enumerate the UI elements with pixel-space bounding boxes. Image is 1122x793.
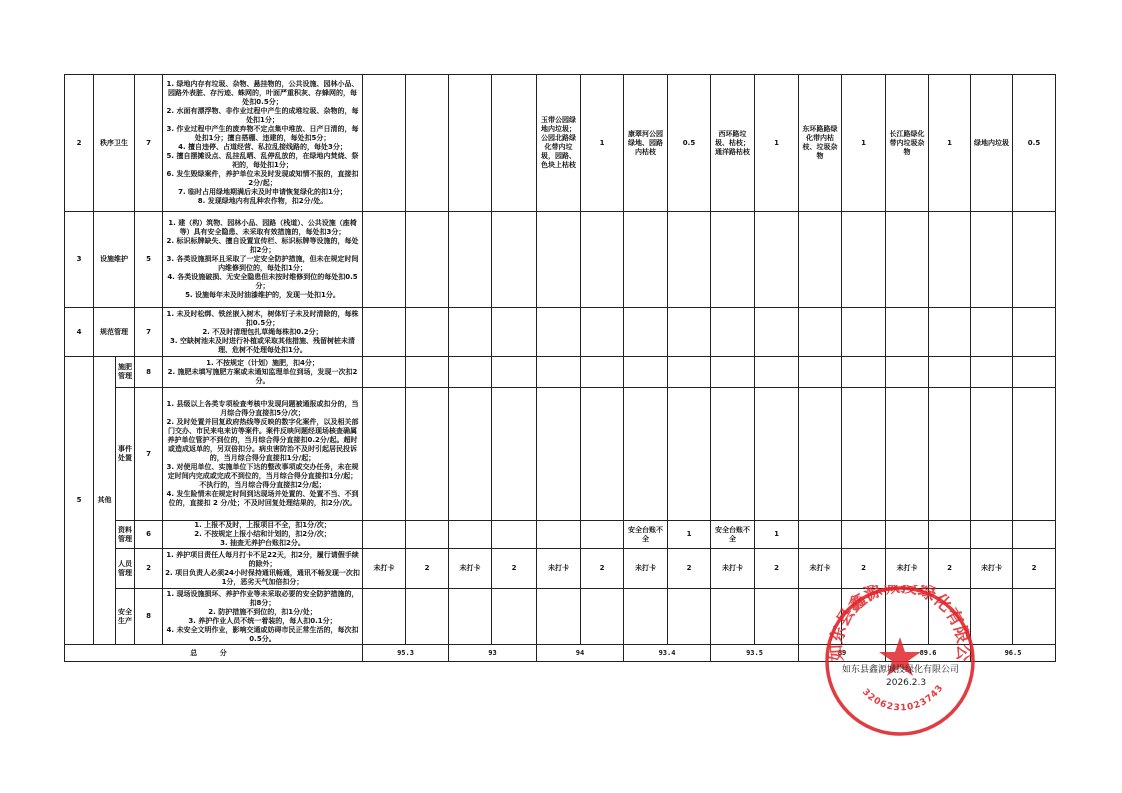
issue-cell: 未打卡 <box>886 549 929 589</box>
issue-cell <box>449 212 492 308</box>
deduction-cell: 0.5 <box>668 75 711 212</box>
total-score: 93.4 <box>624 645 711 662</box>
deduction-cell <box>842 388 886 521</box>
deduction-cell <box>755 212 799 308</box>
issue-cell <box>537 308 581 357</box>
deduction-cell <box>492 521 537 549</box>
criteria-line: 2. 不按规定上报小结和计划的，扣2分/次； <box>165 530 360 539</box>
issue-cell: 西环路垃圾、枯枝；通洋路枯枝 <box>711 75 755 212</box>
sub-item-name: 施肥管理 <box>116 357 135 388</box>
criteria-line: 1. 现场设施损坏、养护作业等未采取必要的安全防护措施的，扣8分； <box>165 590 360 608</box>
deduction-cell <box>581 308 624 357</box>
issue-cell <box>624 308 668 357</box>
deduction-cell: 2 <box>492 549 537 589</box>
issue-cell <box>799 589 842 645</box>
deduction-cell <box>668 308 711 357</box>
item-score: 7 <box>135 308 163 357</box>
deduction-cell <box>581 357 624 388</box>
criteria-text: 1. 未及时松绑、铁丝嵌入树木，树体钉子未及时清除的，每株扣0.5分；2. 不及… <box>163 308 363 357</box>
deduction-cell <box>929 388 971 521</box>
scanned-page: 2秩序卫生71. 绿地内存有垃圾、杂物、悬挂物的，公共设施、园林小品、园路外表脏… <box>0 0 1122 793</box>
issue-cell <box>449 308 492 357</box>
deduction-cell: 1 <box>929 75 971 212</box>
issue-cell: 绿地内垃圾 <box>971 75 1013 212</box>
deduction-cell <box>1013 212 1056 308</box>
criteria-line: 4. 发生险情未在规定时间到达现场并处置的、处置不当、不到位的，直接扣 2 分/… <box>165 490 360 508</box>
issue-cell: 康翠河公园绿地、园路内枯枝 <box>624 75 668 212</box>
issue-cell <box>971 589 1013 645</box>
issue-cell <box>886 388 929 521</box>
criteria-line: 2. 及时处置并回复政府热线等反映的数字化案件，以及相关部门交办、市民来电来访等… <box>165 418 360 463</box>
issue-cell <box>363 388 406 521</box>
deduction-cell <box>1013 589 1056 645</box>
table-row: 资料管理61. 上报不及时，上报项目不全，扣1分/次；2. 不按规定上报小结和计… <box>65 521 1056 549</box>
criteria-text: 1. 不按规定（计划）施肥，扣4分；2. 施肥未填写施肥方案或未通知监理单位到场… <box>163 357 363 388</box>
deduction-cell: 2 <box>406 549 449 589</box>
sub-item-name: 安全生产 <box>116 589 135 645</box>
deduction-cell <box>842 357 886 388</box>
issue-cell <box>886 212 929 308</box>
item-score: 8 <box>135 589 163 645</box>
criteria-line: 2. 标识标牌缺失、擅自设置宣传栏、标识标牌等设施的，每处扣2分； <box>165 237 360 255</box>
deduction-cell <box>1013 521 1056 549</box>
issue-cell <box>799 308 842 357</box>
issue-cell: 长江路绿化带内垃圾杂物 <box>886 75 929 212</box>
criteria-line: 1. 上报不及时，上报项目不全，扣1分/次； <box>165 521 360 530</box>
criteria-line: 3. 养护作业人员不统一着装的，每人扣0.1分； <box>165 617 360 626</box>
deduction-cell <box>406 357 449 388</box>
criteria-line: 1. 建（构）筑物、园林小品、园路（栈道）、公共设施（座椅等）具有安全隐患、未采… <box>165 219 360 237</box>
criteria-line: 4. 各类设施破损、无安全隐患但未按时维修到位的每处扣0.5分； <box>165 273 360 291</box>
issue-cell <box>537 212 581 308</box>
deduction-cell <box>1013 308 1056 357</box>
item-score: 7 <box>135 388 163 521</box>
issue-cell <box>971 308 1013 357</box>
issue-cell: 未打卡 <box>537 549 581 589</box>
deduction-cell: 1 <box>842 75 886 212</box>
issue-cell <box>711 589 755 645</box>
item-score: 7 <box>135 75 163 212</box>
issue-cell: 东环路路绿化带内枯枝、垃圾杂物 <box>799 75 842 212</box>
total-score: 94 <box>537 645 624 662</box>
deduction-cell <box>755 357 799 388</box>
issue-cell <box>363 308 406 357</box>
issue-cell: 未打卡 <box>363 549 406 589</box>
issue-cell: 玉带公园绿地内垃圾；公园北路绿化带内垃圾，园路、色块上枯枝 <box>537 75 581 212</box>
criteria-line: 3. 空缺树池未及时进行补植或采取其他措施、残留树桩未清理、危树不处理每处扣1分… <box>165 337 360 355</box>
issue-cell <box>363 75 406 212</box>
criteria-line: 2. 项目负责人必须24小时保持通讯畅通，通讯不畅发现一次扣1分，恶劣天气加倍扣… <box>165 569 360 587</box>
total-label: 总 分 <box>65 645 363 662</box>
deduction-cell <box>755 308 799 357</box>
issue-cell <box>449 589 492 645</box>
item-name: 规范管理 <box>94 308 135 357</box>
deduction-cell: 2 <box>668 549 711 589</box>
issue-cell <box>624 212 668 308</box>
row-number: 5 <box>65 357 94 645</box>
deduction-cell: 1 <box>755 521 799 549</box>
criteria-line: 1. 县级以上各类专项检查考核中发现问题被通报或扣分的，当月综合得分直接扣5分/… <box>165 400 360 418</box>
issue-cell <box>711 212 755 308</box>
deduction-cell: 0.5 <box>1013 75 1056 212</box>
issue-cell <box>711 357 755 388</box>
deduction-cell <box>581 521 624 549</box>
issue-cell <box>363 589 406 645</box>
deduction-cell <box>492 388 537 521</box>
criteria-line: 2. 水面有漂浮物、非作业过程中产生的成堆垃圾、杂物的，每处扣1分； <box>165 107 360 125</box>
issue-cell <box>537 388 581 521</box>
issue-cell <box>971 212 1013 308</box>
deduction-cell: 2 <box>581 549 624 589</box>
issue-cell <box>624 357 668 388</box>
sub-item-name: 人员管理 <box>116 549 135 589</box>
deduction-cell <box>406 308 449 357</box>
criteria-text: 1. 建（构）筑物、园林小品、园路（栈道）、公共设施（座椅等）具有安全隐患、未采… <box>163 212 363 308</box>
deduction-cell <box>755 388 799 521</box>
criteria-line: 6. 发生毁绿案件，养护单位未及时发现或知情不报的，直接扣2分/起； <box>165 170 360 188</box>
seal-date: 2026.2.3 <box>886 678 926 688</box>
deduction-cell <box>492 212 537 308</box>
issue-cell <box>363 521 406 549</box>
deduction-cell: 2 <box>755 549 799 589</box>
criteria-line: 1. 未及时松绑、铁丝嵌入树木，树体钉子未及时清除的，每株扣0.5分； <box>165 310 360 328</box>
issue-cell: 未打卡 <box>711 549 755 589</box>
total-row: 总 分95.3939493.493.58989.696.5 <box>65 645 1056 662</box>
criteria-line: 3. 各类设施损坏且采取了一定安全防护措施，但未在规定时间内维修到位的，每处扣1… <box>165 255 360 273</box>
deduction-cell <box>842 521 886 549</box>
item-name: 其他 <box>94 357 116 645</box>
deduction-cell <box>1013 388 1056 521</box>
issue-cell <box>449 388 492 521</box>
deduction-cell <box>492 357 537 388</box>
deduction-cell <box>581 212 624 308</box>
total-score: 93.5 <box>711 645 799 662</box>
deduction-cell <box>668 388 711 521</box>
issue-cell: 安全台账不全 <box>711 521 755 549</box>
issue-cell <box>886 308 929 357</box>
table-row: 5其他施肥管理81. 不按规定（计划）施肥，扣4分；2. 施肥未填写施肥方案或未… <box>65 357 1056 388</box>
issue-cell: 未打卡 <box>449 549 492 589</box>
issue-cell: 未打卡 <box>799 549 842 589</box>
criteria-line: 1. 不按规定（计划）施肥，扣4分； <box>165 359 360 368</box>
issue-cell <box>799 212 842 308</box>
row-number: 3 <box>65 212 94 308</box>
item-name: 秩序卫生 <box>94 75 135 212</box>
deduction-cell <box>406 212 449 308</box>
item-name: 设施维护 <box>94 212 135 308</box>
issue-cell <box>449 521 492 549</box>
issue-cell <box>799 521 842 549</box>
deduction-cell <box>842 212 886 308</box>
deduction-cell <box>406 75 449 212</box>
issue-cell <box>799 388 842 521</box>
issue-cell <box>799 357 842 388</box>
criteria-line: 5. 设施每年未及时油漆维护的，发现一处扣1分。 <box>165 291 360 300</box>
deduction-cell <box>929 357 971 388</box>
criteria-line: 4. 未安全文明作业，影响交通或妨碍市民正常生活的，每次扣0.5分。 <box>165 626 360 644</box>
criteria-line: 2. 不及时清理包扎草绳每株扣0.2分； <box>165 328 360 337</box>
issue-cell <box>449 75 492 212</box>
criteria-text: 1. 现场设施损坏、养护作业等未采取必要的安全防护措施的，扣8分；2. 防护措施… <box>163 589 363 645</box>
table-row: 人员管理21. 养护项目责任人每月打卡不足22天，扣2分，履行请假手续的除外；2… <box>65 549 1056 589</box>
deduction-cell <box>406 388 449 521</box>
criteria-text: 1. 上报不及时，上报项目不全，扣1分/次；2. 不按规定上报小结和计划的，扣2… <box>163 521 363 549</box>
table-row: 事件处置71. 县级以上各类专项检查考核中发现问题被通报或扣分的，当月综合得分直… <box>65 388 1056 521</box>
deduction-cell <box>492 75 537 212</box>
table-row: 2秩序卫生71. 绿地内存有垃圾、杂物、悬挂物的，公共设施、园林小品、园路外表脏… <box>65 75 1056 212</box>
issue-cell: 未打卡 <box>971 549 1013 589</box>
criteria-line: 3. 抽查无养护台账扣2分。 <box>165 539 360 548</box>
deduction-cell <box>668 357 711 388</box>
deduction-cell: 1 <box>581 75 624 212</box>
deduction-cell <box>406 521 449 549</box>
issue-cell <box>971 521 1013 549</box>
deduction-cell <box>668 212 711 308</box>
total-score: 95.3 <box>363 645 449 662</box>
issue-cell <box>711 388 755 521</box>
deduction-cell <box>842 589 886 645</box>
criteria-line: 2. 防护措施不到位的，扣1分/处； <box>165 608 360 617</box>
deduction-cell: 2 <box>842 549 886 589</box>
criteria-line: 3. 作业过程中产生的废弃物不定点集中堆放、日产日清的，每处扣1分；擅自搭棚、违… <box>165 125 360 143</box>
deduction-cell <box>929 212 971 308</box>
criteria-line: 1. 养护项目责任人每月打卡不足22天，扣2分，履行请假手续的除外； <box>165 551 360 569</box>
assessment-table: 2秩序卫生71. 绿地内存有垃圾、杂物、悬挂物的，公共设施、园林小品、园路外表脏… <box>64 74 1056 662</box>
table-row: 安全生产81. 现场设施损坏、养护作业等未采取必要的安全防护措施的，扣8分；2.… <box>65 589 1056 645</box>
criteria-line: 3. 对使用单位、实施单位下达的整改事项或交办任务，未在规定时间内完成或完成不到… <box>165 463 360 490</box>
total-score: 93 <box>449 645 537 662</box>
item-score: 6 <box>135 521 163 549</box>
deduction-cell <box>929 308 971 357</box>
issue-cell <box>886 357 929 388</box>
total-score: 89 <box>799 645 886 662</box>
issue-cell <box>971 357 1013 388</box>
sub-item-name: 事件处置 <box>116 388 135 521</box>
deduction-cell: 2 <box>929 549 971 589</box>
issue-cell <box>886 521 929 549</box>
criteria-line: 2. 施肥未填写施肥方案或未通知监理单位到场，发现一次扣2分。 <box>165 368 360 386</box>
criteria-text: 1. 养护项目责任人每月打卡不足22天，扣2分，履行请假手续的除外；2. 项目负… <box>163 549 363 589</box>
deduction-cell <box>581 589 624 645</box>
issue-cell <box>537 589 581 645</box>
table-row: 4规范管理71. 未及时松绑、铁丝嵌入树木，树体钉子未及时清除的，每株扣0.5分… <box>65 308 1056 357</box>
issue-cell <box>537 357 581 388</box>
issue-cell <box>363 357 406 388</box>
seal-overlay-company-name: 如东县鑫源城投绿化有限公司 <box>842 662 959 675</box>
issue-cell: 安全台账不全 <box>624 521 668 549</box>
deduction-cell <box>755 589 799 645</box>
deduction-cell: 1 <box>668 521 711 549</box>
table-row: 3设施维护51. 建（构）筑物、园林小品、园路（栈道）、公共设施（座椅等）具有安… <box>65 212 1056 308</box>
issue-cell <box>711 308 755 357</box>
deduction-cell <box>1013 357 1056 388</box>
issue-cell <box>624 589 668 645</box>
criteria-line: 4. 擅自违停、占道经营、私拉乱接线路的，每处3分； <box>165 143 360 152</box>
deduction-cell <box>668 589 711 645</box>
item-score: 5 <box>135 212 163 308</box>
deduction-cell <box>842 308 886 357</box>
deduction-cell <box>929 589 971 645</box>
criteria-line: 7. 临时占用绿地期满后未及时申请恢复绿化的扣1分； <box>165 188 360 197</box>
row-number: 2 <box>65 75 94 212</box>
criteria-line: 5. 擅自摆摊设点、乱挂乱晒、乱停乱放的，在绿地内焚烧、祭祀的，每处扣1分； <box>165 152 360 170</box>
issue-cell <box>886 589 929 645</box>
issue-cell <box>537 521 581 549</box>
issue-cell <box>971 388 1013 521</box>
sub-item-name: 资料管理 <box>116 521 135 549</box>
issue-cell <box>449 357 492 388</box>
deduction-cell <box>492 308 537 357</box>
deduction-cell: 1 <box>755 75 799 212</box>
deduction-cell <box>929 521 971 549</box>
issue-cell: 未打卡 <box>624 549 668 589</box>
criteria-text: 1. 绿地内存有垃圾、杂物、悬挂物的，公共设施、园林小品、园路外表脏、存污迹、蛛… <box>163 75 363 212</box>
deduction-cell <box>406 589 449 645</box>
criteria-line: 8. 发现绿地内有乱种农作物，扣2分/处。 <box>165 197 360 206</box>
criteria-text: 1. 县级以上各类专项检查考核中发现问题被通报或扣分的，当月综合得分直接扣5分/… <box>163 388 363 521</box>
item-score: 2 <box>135 549 163 589</box>
deduction-cell: 2 <box>1013 549 1056 589</box>
issue-cell <box>624 388 668 521</box>
deduction-cell <box>492 589 537 645</box>
total-score: 96.5 <box>971 645 1056 662</box>
total-score: 89.6 <box>886 645 971 662</box>
issue-cell <box>363 212 406 308</box>
criteria-line: 1. 绿地内存有垃圾、杂物、悬挂物的，公共设施、园林小品、园路外表脏、存污迹、蛛… <box>165 80 360 107</box>
deduction-cell <box>581 388 624 521</box>
row-number: 4 <box>65 308 94 357</box>
item-score: 8 <box>135 357 163 388</box>
